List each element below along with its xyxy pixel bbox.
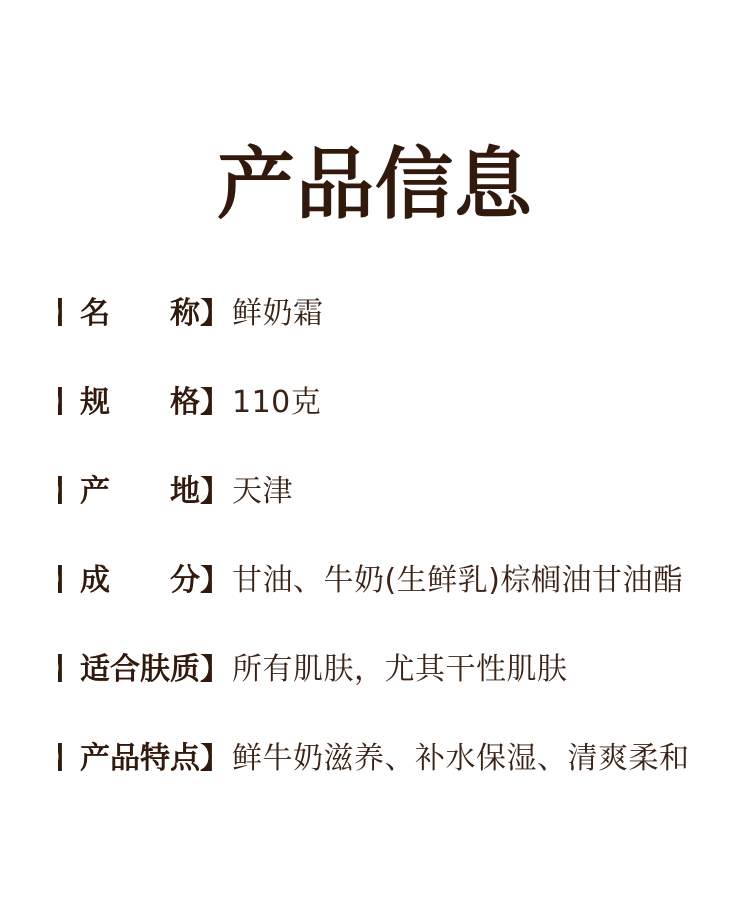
info-row-name: 【 名称 】 鲜奶霜 bbox=[58, 298, 750, 330]
name-value: 鲜奶霜 bbox=[232, 298, 324, 330]
info-row-origin: 【 产地 】 天津 bbox=[58, 476, 750, 508]
label-close-bracket: 】 bbox=[200, 654, 222, 686]
ingredients-label-text: 成分 bbox=[80, 565, 200, 597]
name-label-text: 名称 bbox=[80, 298, 200, 330]
ingredients-value: 甘油、牛奶(生鲜乳)棕榈油甘油酯 bbox=[232, 565, 683, 597]
info-row-skin-type: 【 适合肤质 】 所有肌肤，尤其干性肌肤 bbox=[58, 654, 750, 686]
spec-label-text: 规格 bbox=[80, 387, 200, 419]
spec-label: 【 规格 】 bbox=[58, 387, 222, 419]
label-close-bracket: 】 bbox=[200, 743, 222, 775]
label-close-bracket: 】 bbox=[200, 387, 222, 419]
ingredients-label: 【 成分 】 bbox=[58, 565, 222, 597]
features-value: 鲜牛奶滋养、补水保湿、清爽柔和 bbox=[232, 743, 690, 775]
origin-label: 【 产地 】 bbox=[58, 476, 222, 508]
product-info-list: 【 名称 】 鲜奶霜 【 规格 】 110克 【 产地 】 天津 【 bbox=[0, 298, 750, 775]
features-label: 【 产品特点 】 bbox=[58, 743, 222, 775]
origin-label-text: 产地 bbox=[80, 476, 200, 508]
origin-value: 天津 bbox=[232, 476, 293, 508]
label-close-bracket: 】 bbox=[200, 476, 222, 508]
label-open-bracket: 【 bbox=[58, 743, 80, 775]
name-label: 【 名称 】 bbox=[58, 298, 222, 330]
label-open-bracket: 【 bbox=[58, 565, 80, 597]
info-row-ingredients: 【 成分 】 甘油、牛奶(生鲜乳)棕榈油甘油酯 bbox=[58, 565, 750, 597]
skin-type-label-text: 适合肤质 bbox=[80, 654, 200, 686]
label-close-bracket: 】 bbox=[200, 565, 222, 597]
info-row-spec: 【 规格 】 110克 bbox=[58, 387, 750, 419]
label-open-bracket: 【 bbox=[58, 476, 80, 508]
label-open-bracket: 【 bbox=[58, 387, 80, 419]
product-info-page: 产品信息 【 名称 】 鲜奶霜 【 规格 】 110克 【 产地 】 天 bbox=[0, 0, 750, 901]
skin-type-label: 【 适合肤质 】 bbox=[58, 654, 222, 686]
page-title: 产品信息 bbox=[0, 142, 750, 228]
label-close-bracket: 】 bbox=[200, 298, 222, 330]
label-open-bracket: 【 bbox=[58, 654, 80, 686]
spec-value: 110克 bbox=[232, 387, 321, 419]
skin-type-value: 所有肌肤，尤其干性肌肤 bbox=[232, 654, 568, 686]
info-row-features: 【 产品特点 】 鲜牛奶滋养、补水保湿、清爽柔和 bbox=[58, 743, 750, 775]
label-open-bracket: 【 bbox=[58, 298, 80, 330]
features-label-text: 产品特点 bbox=[80, 743, 200, 775]
